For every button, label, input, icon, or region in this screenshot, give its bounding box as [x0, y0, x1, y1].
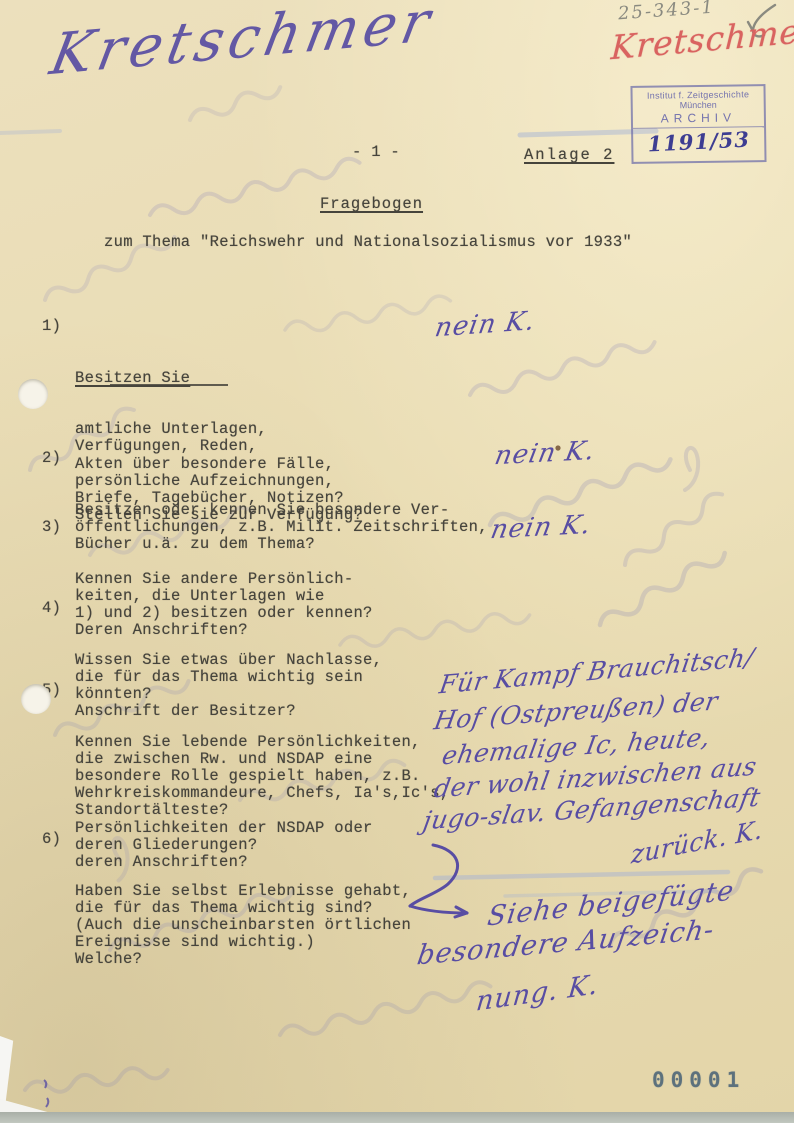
question-line: Haben Sie selbst Erlebnisse gehabt, [75, 883, 411, 900]
archive-stamp: Institut f. Zeitgeschichte München ARCHI… [630, 84, 766, 164]
question-line: Wehrkreiskommandeure, Chefs, Ia's,Ic's, [75, 785, 449, 802]
stamp-city-line: München [633, 99, 764, 111]
question-line: die für das Thema wichtig sind? [75, 900, 411, 917]
handwritten-answer-q6-line3: nung. K. [475, 969, 601, 1018]
question-number: 3) [42, 519, 61, 536]
question-number: 4) [42, 600, 61, 617]
question-line: Kennen Sie andere Persönlich- [75, 571, 373, 588]
scanned-document-page: Kretschmer 25-343-1 Kretschmer Institut … [0, 0, 794, 1123]
question-line: Wissen Sie etwas über Nachlasse, [75, 652, 382, 669]
question-number: 1) [42, 318, 61, 335]
question-line: besondere Rolle gespielt haben, z.B. [75, 768, 449, 785]
question-line: Kennen Sie lebende Persönlichkeiten, [75, 734, 449, 751]
hole-punch-bottom [21, 684, 51, 714]
question-line: amtliche Unterlagen, [75, 421, 363, 438]
question-line: Welche? [75, 951, 411, 968]
stamp-accession-number: 1191/53 [633, 126, 765, 157]
question-line: Standortälteste? [75, 802, 449, 819]
question-line: die zwischen Rw. und NSDAP eine [75, 751, 449, 768]
handwritten-answer-q5-line6: zurück. K. [630, 814, 763, 869]
question-number: 6) [42, 831, 61, 848]
page-marker: - 1 - [352, 144, 400, 161]
page-number-stamp: 00001 [652, 1068, 745, 1092]
question-number: 2) [42, 450, 61, 467]
signature: Kretschmer [45, 0, 440, 88]
question-block-6: 6) Haben Sie selbst Erlebnisse gehabt,di… [42, 831, 411, 1003]
question-line: Besitzen oder kennen Sie besondere Ver- [75, 502, 488, 519]
document-title: Fragebogen [320, 196, 423, 213]
handwritten-answer-q1: nein K. [433, 306, 538, 343]
hole-punch-top [18, 379, 48, 409]
question-line: (Auch die unscheinbarsten örtlichen [75, 917, 411, 934]
handwritten-answer-q2: nein K. [492, 436, 598, 472]
scan-edge-bottom-strip [0, 1112, 794, 1123]
question-line: Ereignisse sind wichtig.) [75, 934, 411, 951]
attachment-label: Anlage 2 [524, 147, 614, 164]
typed-partial-underline [110, 384, 228, 386]
stamp-archiv-line: ARCHIV [633, 110, 764, 126]
document-subtitle: zum Thema "Reichswehr und Nationalsozial… [104, 234, 632, 251]
handwritten-answer-q3: nein K. [488, 510, 594, 546]
